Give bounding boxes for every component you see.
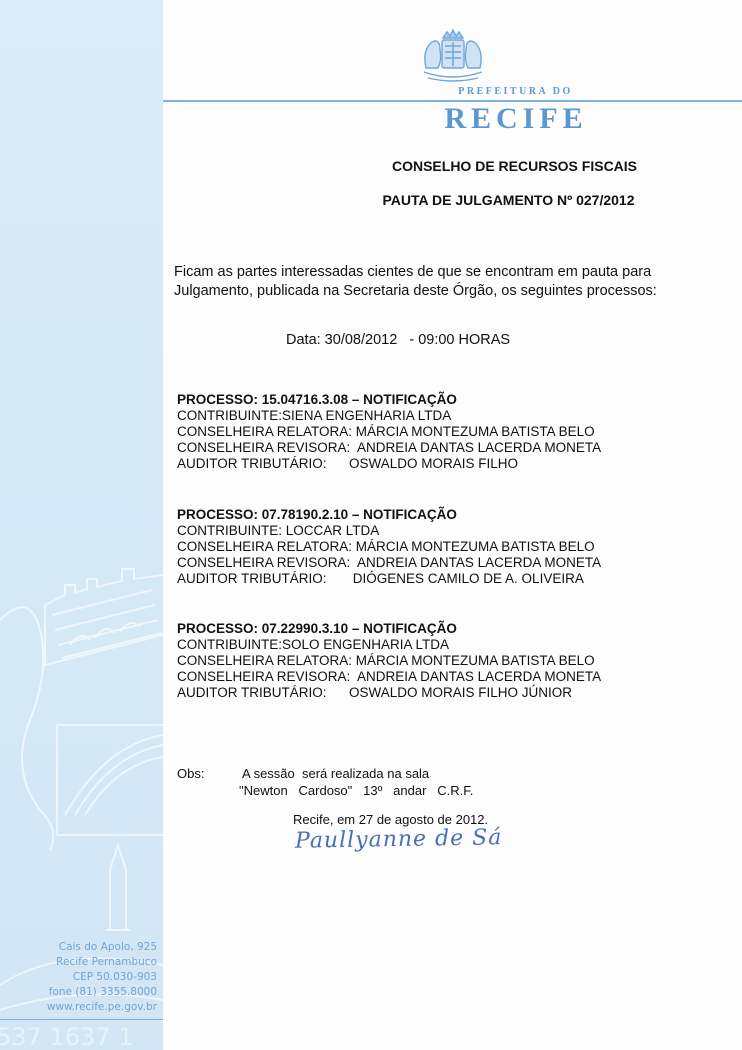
address-website: www.recife.pe.gov.br [47,1000,157,1015]
process-relatora: CONSELHEIRA RELATORA: MÁRCIA MONTEZUMA B… [177,424,601,440]
intro-paragraph: Ficam as partes interessadas cientes de … [174,263,694,301]
address-phone: fone (81) 3355.8000 [47,985,157,1000]
place-date: Recife, em 27 de agosto de 2012. [293,812,488,827]
process-revisora: CONSELHEIRA REVISORA: ANDREIA DANTAS LAC… [177,669,601,685]
coat-of-arms-icon [418,28,488,84]
obs-text-line2: "Newton Cardoso" 13º andar C.R.F. [239,782,473,799]
strip-divider [0,1019,163,1020]
address-street: Cais do Apolo, 925 [47,940,157,955]
obs-label: Obs: [177,765,204,782]
process-relatora: CONSELHEIRA RELATORA: MÁRCIA MONTEZUMA B… [177,539,601,555]
process-contribuinte: CONTRIBUINTE: LOCCAR LTDA [177,523,601,539]
process-block: PROCESSO: 07.78190.2.10 – NOTIFICAÇÃO CO… [177,507,601,587]
process-revisora: CONSELHEIRA REVISORA: ANDREIA DANTAS LAC… [177,440,601,456]
svg-text:537 1637 1: 537 1637 1 [0,1023,133,1050]
org-line: PREFEITURA DO [163,86,742,97]
session-date: Data: 30/08/2012 - 09:00 HORAS [286,332,510,348]
process-auditor: AUDITOR TRIBUTÁRIO: OSWALDO MORAIS FILHO… [177,685,601,701]
process-auditor: AUDITOR TRIBUTÁRIO: OSWALDO MORAIS FILHO [177,456,601,472]
process-revisora: CONSELHEIRA REVISORA: ANDREIA DANTAS LAC… [177,555,601,571]
city-name: RECIFE [163,102,742,136]
process-header: PROCESSO: 15.04716.3.08 – NOTIFICAÇÃO [177,392,601,408]
process-contribuinte: CONTRIBUINTE:SOLO ENGENHARIA LTDA [177,637,601,653]
process-auditor: AUDITOR TRIBUTÁRIO: DIÓGENES CAMILO DE A… [177,571,601,587]
process-contribuinte: CONTRIBUINTE:SIENA ENGENHARIA LTDA [177,408,601,424]
process-header: PROCESSO: 07.22990.3.10 – NOTIFICAÇÃO [177,621,601,637]
process-block: PROCESSO: 15.04716.3.08 – NOTIFICAÇÃO CO… [177,392,601,472]
council-heading: CONSELHO DE RECURSOS FISCAIS [163,158,742,174]
address-block: Cais do Apolo, 925 Recife Pernambuco CEP… [47,940,157,1015]
signature: Paullyanne de Sá [295,825,503,854]
address-city: Recife Pernambuco [47,955,157,970]
letterhead-side-strip: 537 1637 1 Cais do Apolo, 925 Recife Per… [0,0,163,1050]
process-relatora: CONSELHEIRA RELATORA: MÁRCIA MONTEZUMA B… [177,653,601,669]
process-block: PROCESSO: 07.22990.3.10 – NOTIFICAÇÃO CO… [177,621,601,701]
obs-text-line1: A sessão será realizada na sala [242,765,429,782]
city-illustration-icon: 537 1637 1 [0,0,163,1050]
address-cep: CEP 50.030-903 [47,970,157,985]
document-title: PAUTA DE JULGAMENTO Nº 027/2012 [163,192,742,208]
process-header: PROCESSO: 07.78190.2.10 – NOTIFICAÇÃO [177,507,601,523]
